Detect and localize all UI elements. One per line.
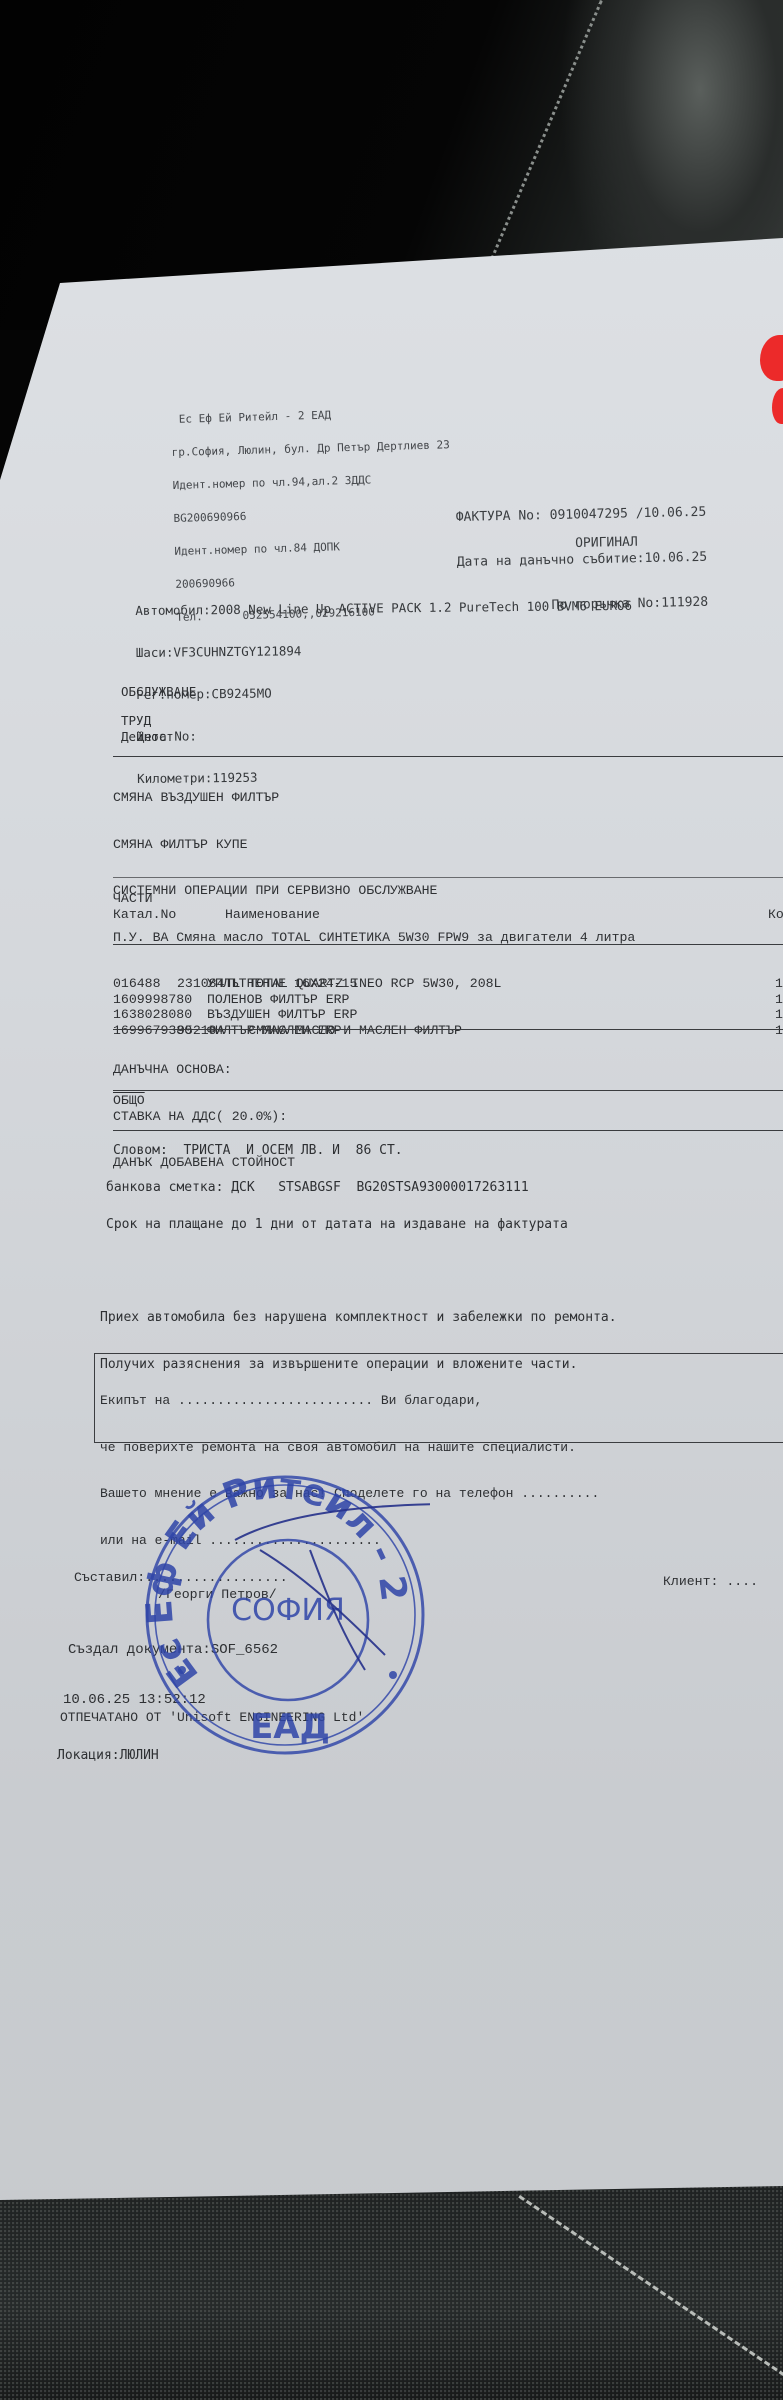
vehicle-model-line: Автомобил:2008 New Line Up ACTIVE PACK 1… — [135, 599, 632, 618]
vin-label: Шаси: — [136, 645, 174, 660]
company-name: Ес Еф Ей Ритейл - 2 ЕАД — [171, 406, 449, 425]
copy-type: ОРИГИНАЛ — [575, 535, 638, 551]
parts-col-qty: Ко — [768, 907, 783, 923]
vat-rate-label: СТАВКА НА ДДС( 20.0%): — [113, 1109, 295, 1125]
client-label: Клиент: — [663, 1574, 718, 1589]
bank-bic: STSABGSF — [278, 1180, 341, 1195]
service-item: СИСТЕМНИ ОПЕРАЦИИ ПРИ СЕРВИЗНО ОБСЛУЖВАН… — [113, 883, 635, 899]
vat-id-label: Идент.номер по чл.94,ал.2 ЗДДС — [172, 472, 450, 491]
company-address: гр.София, Люлин, бул. Др Петър Дертлиев … — [172, 439, 450, 458]
parts-col-catalog: Катал.No — [113, 907, 176, 923]
invoice-number-label: ФАКТУРА No: — [456, 508, 542, 525]
tax-event-label: Дата на данъчно събитие: — [457, 551, 645, 570]
car-seat-leather — [0, 2170, 783, 2400]
totals-divider — [113, 1090, 783, 1091]
invoice-paper — [0, 0, 783, 2400]
bank-label: банкова сметка: — [106, 1180, 223, 1195]
reg-number: CB9245MO — [211, 686, 271, 702]
bank-name: ДСК — [231, 1180, 254, 1195]
part-qty: 1 — [775, 976, 783, 992]
part-qty: 1 — [775, 1023, 783, 1039]
total-label: ОБЩО — [113, 1093, 145, 1109]
client-line: Клиент: .... — [663, 1574, 758, 1590]
acceptance-line: Приех автомобила без нарушена комплектно… — [100, 1310, 617, 1326]
bank-line: банкова сметка: ДСК STSABGSF BG20STSA930… — [106, 1180, 529, 1196]
service-item: СМЯНА ФИЛТЪР КУПЕ — [113, 837, 635, 853]
parts-row: 1609998780ПОЛЕНОВ ФИЛТЪР ERP1 — [113, 992, 783, 1008]
client-dots: .... — [726, 1574, 758, 1589]
vat-id: BG200690966 — [173, 505, 451, 524]
service-item: П.У. ВА Смяна масло TOTAL СИНТЕТИКА 5W30… — [113, 930, 635, 946]
vehicle-model-label: Автомобил: — [135, 602, 210, 618]
tax-event-line: Дата на данъчно събитие:10.06.25 — [457, 550, 708, 570]
invoice-date: /10.06.25 — [636, 505, 707, 521]
parts-row: 1638028080ВЪЗДУШЕН ФИЛТЪР ERP1 — [113, 1007, 783, 1023]
part-name: ВЪЗДУШЕН ФИЛТЪР ERP — [207, 1007, 357, 1023]
invoice-number-line: ФАКТУРА No: 0910047295 /10.06.25 — [456, 505, 707, 525]
composed-label: Съставил: — [74, 1570, 145, 1585]
vin: VF3CUHNZTGY121894 — [173, 643, 301, 659]
part-qty: 1 — [775, 1007, 783, 1023]
parts-title: ЧАСТИ — [113, 891, 153, 907]
service-item: СМЯНА ВЪЗДУШЕН ФИЛТЪР — [113, 790, 635, 806]
total-divider — [113, 1130, 783, 1131]
in-words-line: Словом: ТРИСТА И ОСЕМ ЛВ. И 86 СТ. — [113, 1143, 403, 1159]
activity-label: Дейност — [121, 729, 174, 745]
part-qty: 1 — [775, 992, 783, 1008]
bank-iban: BG20STSA93000017263111 — [356, 1180, 528, 1195]
invoice-number: 0910047295 — [550, 506, 629, 523]
part-catalog-no: 016488 — [113, 976, 160, 991]
part-catalog-no: 1638028080 — [113, 1007, 192, 1022]
order-number: 111928 — [661, 595, 708, 611]
feedback-line: че поверихте ремонта на своя автомобил н… — [100, 1440, 599, 1456]
location-label: Локация: — [57, 1748, 120, 1763]
service-divider — [113, 756, 783, 757]
part-catalog-no: 1609998780 — [113, 992, 192, 1007]
in-words-label: Словом: — [113, 1143, 168, 1158]
parts-row: 016488УПЛЪТНЕНИЕ 16X24-151 — [113, 976, 783, 992]
feedback-line: Екипът на ......................... Ви б… — [100, 1393, 599, 1409]
vehicle-model: 2008 New Line Up ACTIVE PACK 1.2 PureTec… — [211, 598, 633, 617]
reg-line: Рег.номер:CB9245MO — [136, 683, 633, 702]
payment-terms: Срок на плащане до 1 дни от датата на из… — [106, 1217, 568, 1233]
account-line: Щета No: — [137, 725, 634, 744]
stamp-ring-text: Ес Еф Ей Ритейл - 2 — [140, 1470, 414, 1695]
tax-id-label: Идент.номер по чл.84 ДОПК — [174, 538, 452, 557]
parts-col-name: Наименование — [225, 907, 320, 923]
service-end-divider — [113, 877, 783, 878]
service-title: ОБСЛУЖВАНЕ — [121, 684, 196, 700]
vin-line: Шаси:VF3CUHNZTGY121894 — [136, 641, 633, 660]
tax-event-date: 10.06.25 — [644, 550, 707, 566]
company-stamp: Ес Еф Ей Ритейл - 2 СОФИЯ ЕАД — [140, 1470, 430, 1760]
part-name: УПЛЪТНЕНИЕ 16X24-15 — [207, 976, 357, 992]
parts-end-divider — [113, 1029, 783, 1030]
stamp-bottom-text: ЕАД — [250, 1707, 330, 1747]
in-words: ТРИСТА И ОСЕМ ЛВ. И 86 СТ. — [183, 1143, 402, 1158]
tax-base-label: ДАНЪЧНА ОСНОВА: — [113, 1062, 295, 1078]
totals: ДАНЪЧНА ОСНОВА: СТАВКА НА ДДС( 20.0%): Д… — [113, 1031, 295, 1186]
part-name: ПОЛЕНОВ ФИЛТЪР ERP — [207, 992, 349, 1008]
labor-title: ТРУД — [121, 713, 151, 729]
